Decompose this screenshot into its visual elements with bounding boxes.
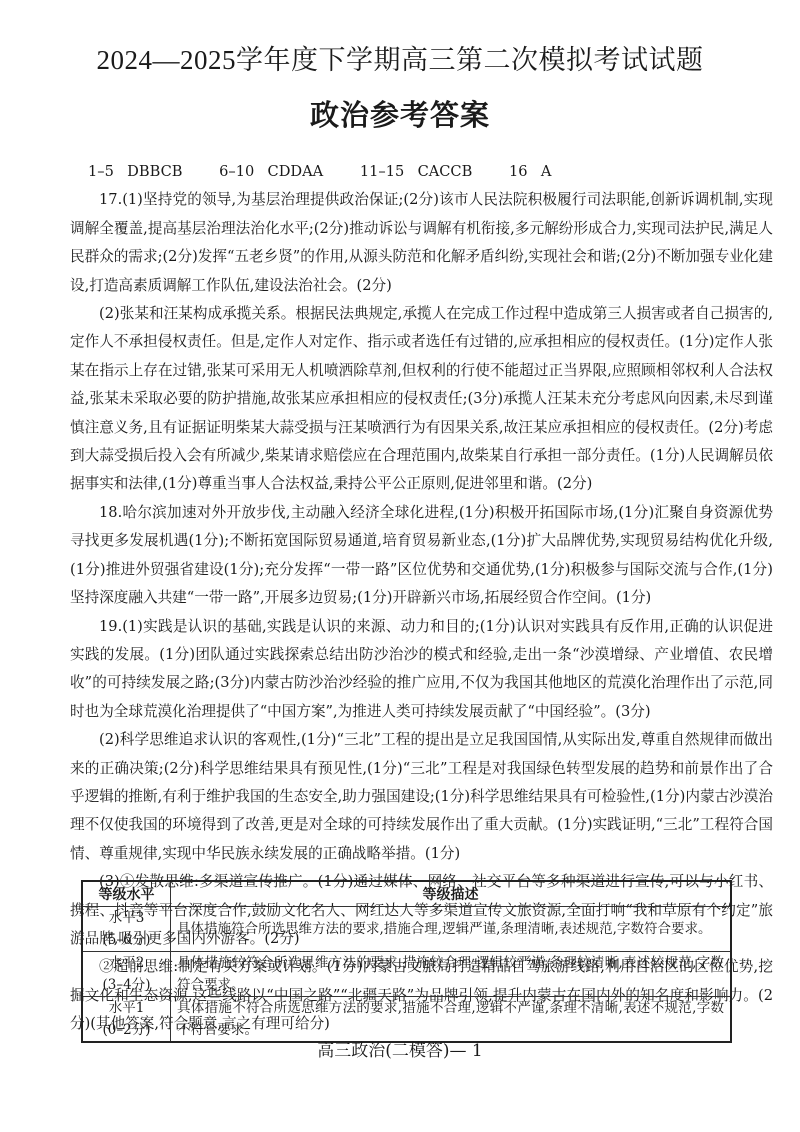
multiple-choice-answers: 1–5 DBBCB 6–10 CDDAA 11–15 CACCB 16 A (70, 158, 773, 186)
level-score: (3–4分) (89, 974, 164, 996)
answer-group: 16 A (509, 163, 551, 180)
answer-17-2: (2)张某和汪某构成承揽关系。根据民法典规定,承揽人在完成工作过程中造成第三人损… (70, 300, 773, 499)
header-level: 等级水平 (82, 881, 171, 907)
answer-group: 1–5 DBBCB (88, 163, 182, 180)
answer-range: 6–10 (219, 163, 254, 180)
page-footer: 高三政治(二模答)— 1 (0, 1036, 800, 1061)
answer-group: 11–15 CACCB (360, 163, 472, 180)
answer-18: 18.哈尔滨加速对外开放步伐,主动融入经济全球化进程,(1分)积极开拓国际市场,… (70, 499, 773, 613)
level-cell: 水平2(3–4分) (82, 952, 171, 997)
header-description: 等级描述 (171, 881, 732, 907)
table-row: 水平2(3–4分) 具体措施较符合所选思维方法的要求,措施较合理,逻辑较严谨,条… (82, 952, 731, 997)
table-row: 水平3(5–6分) 具体措施符合所选思维方法的要求,措施合理,逻辑严谨,条理清晰… (82, 907, 731, 952)
level-cell: 水平3(5–6分) (82, 907, 171, 952)
description-cell: 具体措施符合所选思维方法的要求,措施合理,逻辑严谨,条理清晰,表述规范,字数符合… (171, 907, 732, 952)
answer-19-2: (2)科学思维追求认识的客观性,(1分)“三北”工程的提出是立足我国国情,从实际… (70, 726, 773, 868)
answer-keys: CDDAA (268, 163, 324, 180)
answer-range: 1–5 (88, 163, 114, 180)
answer-keys: DBBCB (127, 163, 182, 180)
answer-group: 6–10 CDDAA (219, 163, 323, 180)
answer-range: 11–15 (360, 163, 404, 180)
document-subtitle: 政治参考答案 (0, 93, 800, 134)
description-cell: 具体措施较符合所选思维方法的要求,措施较合理,逻辑较严谨,条理较清晰,表述较规范… (171, 952, 732, 997)
grade-table-header: 等级水平 等级描述 (82, 881, 731, 907)
answer-keys: A (541, 163, 552, 180)
level-label: 水平1 (89, 997, 164, 1019)
answer-17-1: 17.(1)坚持党的领导,为基层治理提供政治保证;(2分)该市人民法院积极履行司… (70, 186, 773, 300)
answer-range: 16 (509, 163, 528, 180)
answer-19-1: 19.(1)实践是认识的基础,实践是认识的来源、动力和目的;(1分)认识对实践具… (70, 613, 773, 727)
level-label: 水平2 (89, 952, 164, 974)
level-label: 水平3 (89, 907, 164, 929)
answer-keys: CACCB (418, 163, 473, 180)
grade-table: 等级水平 等级描述 水平3(5–6分) 具体措施符合所选思维方法的要求,措施合理… (81, 880, 732, 1043)
document-title: 2024—2025学年度下学期高三第二次模拟考试试题 (0, 38, 800, 77)
level-score: (5–6分) (89, 929, 164, 951)
